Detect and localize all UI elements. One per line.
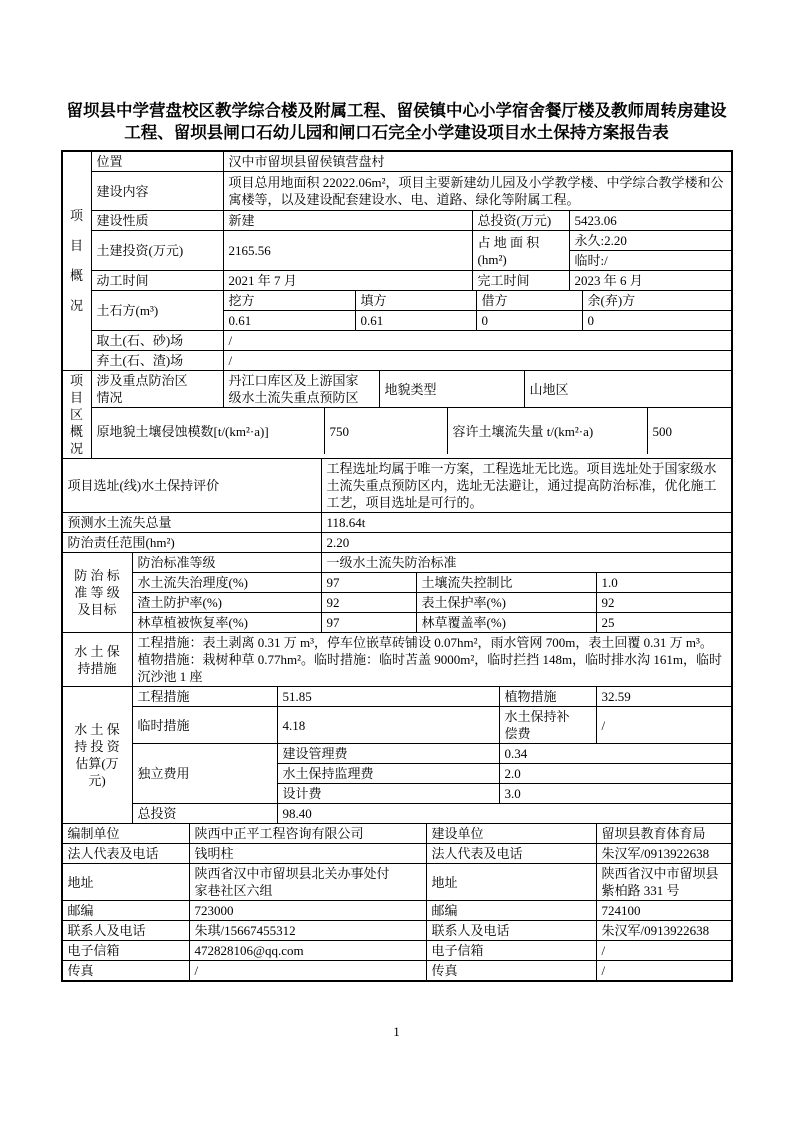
plant-measures-label: 植物措施 <box>500 687 597 706</box>
construction-nature-label: 建设性质 <box>92 211 224 230</box>
start-time-label: 动工时间 <box>92 271 224 290</box>
landform-label: 地貌类型 <box>380 371 525 407</box>
row-compiling-unit: 编制单位 陕西中正平工程咨询有限公司 建设单位 留坝县教育体育局 <box>63 824 731 844</box>
erosion-modulus-value: 750 <box>325 408 448 454</box>
fax-left-value: / <box>190 961 427 980</box>
row-erosion-modulus: 原地貌土壤侵蚀模数[t/(km²·a)] 750 容许土壤流失量 t/(km²·… <box>92 408 731 454</box>
row-supervision-fee: 水土保持监理费 2.0 <box>278 764 731 784</box>
predicted-loss-label: 预测水土流失总量 <box>63 513 322 532</box>
row-standard-grade: 防治标准等级 一级水土流失防治标准 <box>133 553 731 573</box>
construction-content-label: 建设内容 <box>92 172 224 210</box>
earthwork-col-excavation-value: 0.61 <box>224 311 356 330</box>
section-label-project-area: 项 目 区 概 况 <box>63 371 92 458</box>
construction-nature-value: 新建 <box>224 211 473 230</box>
legal-rep-left-value: 钱明柱 <box>190 844 427 863</box>
address-right-label: 地址 <box>427 864 597 900</box>
row-key-prevention: 涉及重点防治区 情况 丹江口库区及上游国家 级水土流失重点预防区 地貌类型 山地… <box>92 371 731 408</box>
topsoil-protection-label: 表土保护率(%) <box>417 593 597 612</box>
email-right-label: 电子信箱 <box>427 941 597 960</box>
plant-measures-value: 32.59 <box>597 687 731 706</box>
vegetation-coverage-label: 林草覆盖率(%) <box>417 613 597 632</box>
row-earthwork: 土石方(m³) 挖方 填方 借方 余(弃)方 0.61 0.61 0 0 <box>92 291 731 331</box>
land-area-label: 占 地 面 积 (hm²) <box>473 231 570 270</box>
row-construction-content: 建设内容 项目总用地面积 22022.06m²，项目主要新建幼儿园及小学教学楼、… <box>92 172 731 211</box>
row-standard-2: 渣土防护率(%) 92 表土保护率(%) 92 <box>133 593 731 613</box>
row-email: 电子信箱 472828106@qq.com 电子信箱 / <box>63 941 731 961</box>
row-standard-3: 林草植被恢复率(%) 97 林草覆盖率(%) 25 <box>133 613 731 632</box>
fax-left-label: 传真 <box>63 961 190 980</box>
earthwork-col-spoil-label: 余(弃)方 <box>583 291 731 310</box>
vegetation-recovery-label: 林草植被恢复率(%) <box>133 613 322 632</box>
budget-total-value: 98.40 <box>278 804 731 823</box>
row-total-investment: 总投资 98.40 <box>133 804 731 823</box>
row-location: 位置 汉中市留坝县留侯镇营盘村 <box>92 152 731 172</box>
land-area-temporary: 临时:/ <box>570 251 731 270</box>
section-label-project-overview: 项 目 概 况 <box>63 152 92 370</box>
location-value: 汉中市留坝县留侯镇营盘村 <box>224 152 731 171</box>
contact-left-label: 联系人及电话 <box>63 921 190 940</box>
conservation-measures-content: 工程措施：表土剥离 0.31 万 m³，停车位嵌草砖铺设 0.07hm²，雨水管… <box>133 633 731 686</box>
legal-rep-left-label: 法人代表及电话 <box>63 844 190 863</box>
landform-value: 山地区 <box>525 371 731 407</box>
earthwork-col-excavation-label: 挖方 <box>224 291 356 310</box>
row-construction-nature: 建设性质 新建 总投资(万元) 5423.06 <box>92 211 731 231</box>
postal-left-value: 723000 <box>190 901 427 920</box>
email-right-value: / <box>597 941 731 960</box>
section-label-standards-targets: 防 治 标 准 等 级 及目标 <box>63 553 133 632</box>
borrow-site-label: 取土(石、砂)场 <box>92 331 224 350</box>
responsibility-range-label: 防治责任范围(hm²) <box>63 533 322 552</box>
section-project-overview: 项 目 概 况 位置 汉中市留坝县留侯镇营盘村 建设内容 项目总用地面积 220… <box>63 152 731 371</box>
standard-grade-label: 防治标准等级 <box>133 553 322 572</box>
land-area-permanent: 永久:2.20 <box>570 231 731 251</box>
spoil-site-label: 弃土(石、渣)场 <box>92 351 224 370</box>
report-table: 项 目 概 况 位置 汉中市留坝县留侯镇营盘村 建设内容 项目总用地面积 220… <box>61 150 733 982</box>
civil-investment-label: 土建投资(万元) <box>92 231 224 270</box>
loss-control-ratio-label: 土壤流失控制比 <box>417 573 597 592</box>
predicted-loss-value: 118.64t <box>322 513 731 532</box>
postal-right-label: 邮编 <box>427 901 597 920</box>
section-investment-estimate: 水 土 保 持 投 资 估算(万 元) 工程措施 51.85 植物措施 32.5… <box>63 687 731 824</box>
row-fax: 传真 / 传真 / <box>63 961 731 980</box>
compensation-fee-value: / <box>597 707 731 743</box>
construction-unit-value: 留坝县教育体育局 <box>597 824 731 843</box>
vegetation-recovery-value: 97 <box>322 613 417 632</box>
spoil-protection-value: 92 <box>322 593 417 612</box>
compiling-unit-label: 编制单位 <box>63 824 190 843</box>
design-fee-label: 设计费 <box>278 784 500 803</box>
spoil-protection-label: 渣土防护率(%) <box>133 593 322 612</box>
report-title: 留坝县中学营盘校区教学综合楼及附属工程、留侯镇中心小学宿舍餐厅楼及教师周转房建设… <box>0 0 793 144</box>
compensation-fee-label: 水土保持补 偿费 <box>500 707 597 743</box>
section-project-area: 项 目 区 概 况 涉及重点防治区 情况 丹江口库区及上游国家 级水土流失重点预… <box>63 371 731 459</box>
legal-rep-right-value: 朱汉军/0913922638 <box>597 844 731 863</box>
civil-investment-value: 2165.56 <box>224 231 473 270</box>
legal-rep-right-label: 法人代表及电话 <box>427 844 597 863</box>
management-fee-value: 0.34 <box>500 744 731 763</box>
key-prevention-value: 丹江口库区及上游国家 级水土流失重点预防区 <box>224 371 380 407</box>
row-engineering-measures: 工程措施 51.85 植物措施 32.59 <box>133 687 731 707</box>
management-fee-label: 建设管理费 <box>278 744 500 763</box>
email-left-label: 电子信箱 <box>63 941 190 960</box>
row-legal-representative: 法人代表及电话 钱明柱 法人代表及电话 朱汉军/0913922638 <box>63 844 731 864</box>
contact-right-label: 联系人及电话 <box>427 921 597 940</box>
treatment-degree-label: 水土流失治理度(%) <box>133 573 322 592</box>
temporary-measures-value: 4.18 <box>278 707 500 743</box>
standard-grade-value: 一级水土流失防治标准 <box>322 553 731 572</box>
independent-costs-label: 独立费用 <box>133 744 278 803</box>
row-predicted-loss: 预测水土流失总量 118.64t <box>63 513 731 533</box>
report-title-line1: 留坝县中学营盘校区教学综合楼及附属工程、留侯镇中心小学宿舍餐厅楼及教师周转房建设 <box>0 100 793 122</box>
earthwork-header-row: 挖方 填方 借方 余(弃)方 <box>224 291 731 311</box>
earthwork-label: 土石方(m³) <box>92 291 224 330</box>
erosion-modulus-label: 原地貌土壤侵蚀模数[t/(km²·a)] <box>92 408 325 454</box>
engineering-measures-value: 51.85 <box>278 687 500 706</box>
row-standard-1: 水土流失治理度(%) 97 土壤流失控制比 1.0 <box>133 573 731 593</box>
document-page: 留坝县中学营盘校区教学综合楼及附属工程、留侯镇中心小学宿舍餐厅楼及教师周转房建设… <box>0 0 793 1122</box>
design-fee-value: 3.0 <box>500 784 731 803</box>
finish-time-value: 2023 年 6 月 <box>570 271 731 290</box>
email-left-value: 472828106@qq.com <box>190 941 427 960</box>
start-time-value: 2021 年 7 月 <box>224 271 473 290</box>
earthwork-value-row: 0.61 0.61 0 0 <box>224 311 731 330</box>
earthwork-col-spoil-value: 0 <box>583 311 731 330</box>
spoil-site-value: / <box>224 351 731 370</box>
engineering-measures-label: 工程措施 <box>133 687 278 706</box>
allowable-loss-value: 500 <box>648 408 731 454</box>
row-spoil-site: 弃土(石、渣)场 / <box>92 351 731 370</box>
postal-left-label: 邮编 <box>63 901 190 920</box>
row-postal-code: 邮编 723000 邮编 724100 <box>63 901 731 921</box>
fax-right-label: 传真 <box>427 961 597 980</box>
contact-right-value: 朱汉军/0913922638 <box>597 921 731 940</box>
total-investment-value: 5423.06 <box>570 211 731 230</box>
supervision-fee-label: 水土保持监理费 <box>278 764 500 783</box>
budget-total-label: 总投资 <box>133 804 278 823</box>
site-evaluation-label: 项目选址(线)水土保持评价 <box>63 459 322 512</box>
finish-time-label: 完工时间 <box>473 271 570 290</box>
location-label: 位置 <box>92 152 224 171</box>
address-left-label: 地址 <box>63 864 190 900</box>
temporary-measures-label: 临时措施 <box>133 707 278 743</box>
row-site-evaluation: 项目选址(线)水土保持评价 工程选址均属于唯一方案，工程选址无比选。项目选址处于… <box>63 459 731 513</box>
site-evaluation-value: 工程选址均属于唯一方案，工程选址无比选。项目选址处于国家级水土流失重点预防区内，… <box>322 459 731 512</box>
earthwork-col-fill-value: 0.61 <box>356 311 477 330</box>
section-label-conservation-measures: 水 土 保 持措施 <box>63 633 133 686</box>
section-label-investment-estimate: 水 土 保 持 投 资 估算(万 元) <box>63 687 133 823</box>
earthwork-col-borrow-value: 0 <box>477 311 583 330</box>
earthwork-col-borrow-label: 借方 <box>477 291 583 310</box>
address-right-value: 陕西省汉中市留坝县 紫柏路 331 号 <box>597 864 731 900</box>
supervision-fee-value: 2.0 <box>500 764 731 783</box>
row-civil-investment: 土建投资(万元) 2165.56 占 地 面 积 (hm²) 永久:2.20 临… <box>92 231 731 271</box>
loss-control-ratio-value: 1.0 <box>597 573 731 592</box>
earthwork-col-fill-label: 填方 <box>356 291 477 310</box>
row-contact-person: 联系人及电话 朱琪/15667455312 联系人及电话 朱汉军/0913922… <box>63 921 731 941</box>
row-schedule: 动工时间 2021 年 7 月 完工时间 2023 年 6 月 <box>92 271 731 291</box>
row-responsibility-range: 防治责任范围(hm²) 2.20 <box>63 533 731 553</box>
row-borrow-site: 取土(石、砂)场 / <box>92 331 731 351</box>
postal-right-value: 724100 <box>597 901 731 920</box>
address-left-value: 陕西省汉中市留坝县北关办事处付 家巷社区六组 <box>190 864 427 900</box>
row-design-fee: 设计费 3.0 <box>278 784 731 803</box>
topsoil-protection-value: 92 <box>597 593 731 612</box>
section-conservation-measures: 水 土 保 持措施 工程措施：表土剥离 0.31 万 m³，停车位嵌草砖铺设 0… <box>63 633 731 687</box>
total-investment-label: 总投资(万元) <box>473 211 570 230</box>
fax-right-value: / <box>597 961 731 980</box>
key-prevention-label: 涉及重点防治区 情况 <box>92 371 224 407</box>
responsibility-range-value: 2.20 <box>322 533 731 552</box>
row-management-fee: 建设管理费 0.34 <box>278 744 731 764</box>
construction-unit-label: 建设单位 <box>427 824 597 843</box>
page-number: 1 <box>0 1024 793 1040</box>
report-title-line2: 工程、留坝县闸口石幼儿园和闸口石完全小学建设项目水土保持方案报告表 <box>0 122 793 144</box>
compiling-unit-value: 陕西中正平工程咨询有限公司 <box>190 824 427 843</box>
contact-left-value: 朱琪/15667455312 <box>190 921 427 940</box>
section-standards-targets: 防 治 标 准 等 级 及目标 防治标准等级 一级水土流失防治标准 水土流失治理… <box>63 553 731 633</box>
vegetation-coverage-value: 25 <box>597 613 731 632</box>
row-independent-costs: 独立费用 建设管理费 0.34 水土保持监理费 2.0 设计费 3.0 <box>133 744 731 804</box>
allowable-loss-label: 容许土壤流失量 t/(km²·a) <box>448 408 648 454</box>
borrow-site-value: / <box>224 331 731 350</box>
treatment-degree-value: 97 <box>322 573 417 592</box>
construction-content-value: 项目总用地面积 22022.06m²，项目主要新建幼儿园及小学教学楼、中学综合教… <box>224 172 731 210</box>
row-address: 地址 陕西省汉中市留坝县北关办事处付 家巷社区六组 地址 陕西省汉中市留坝县 紫… <box>63 864 731 901</box>
row-temporary-measures: 临时措施 4.18 水土保持补 偿费 / <box>133 707 731 744</box>
